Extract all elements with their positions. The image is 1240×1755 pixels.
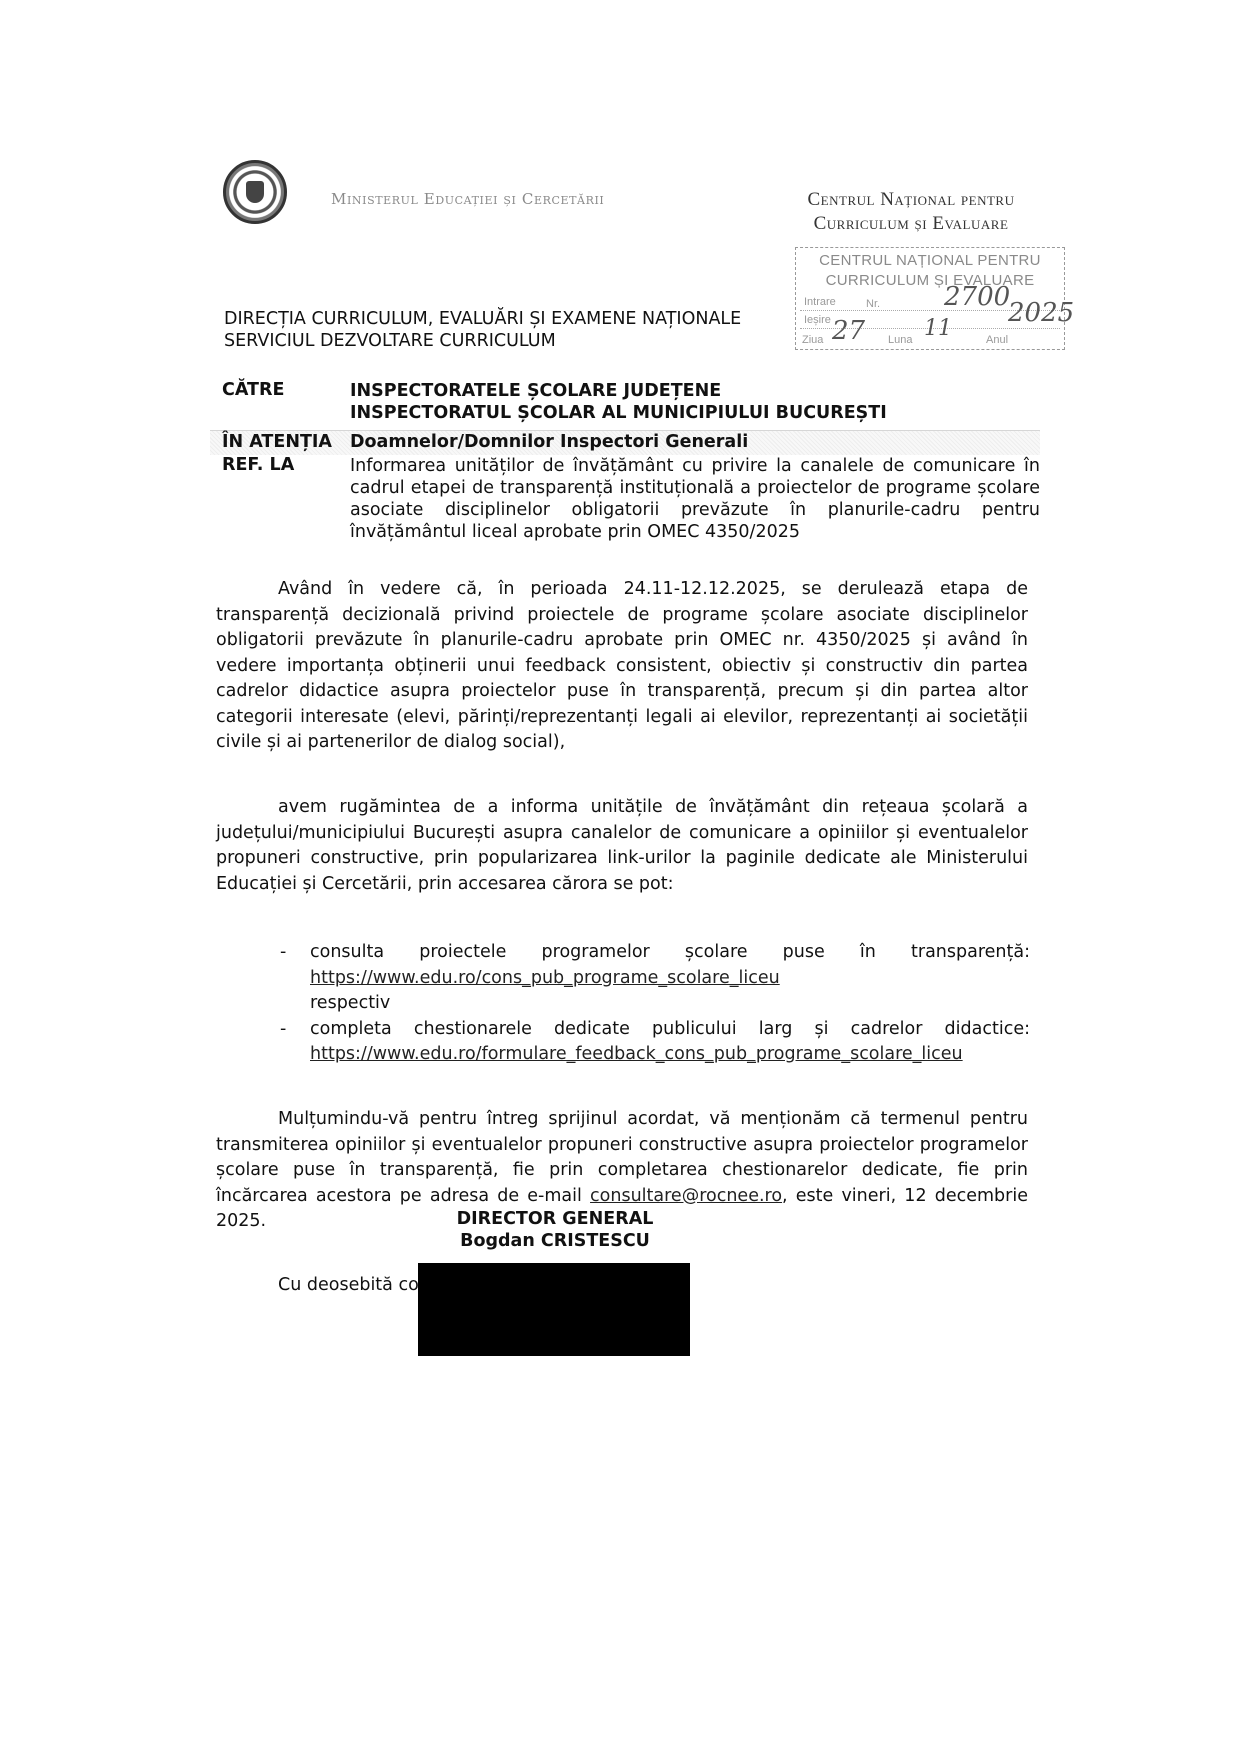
center-name-line1: Centrul Național pentru [766, 188, 1056, 212]
to-line2: INSPECTORATUL ȘCOLAR AL MUNICIPIULUI BUC… [350, 402, 1040, 424]
list-item: - completa chestionarele dedicate public… [280, 1017, 1030, 1043]
reference-label: REF. LA [222, 455, 294, 475]
center-name: Centrul Național pentru Curriculum și Ev… [766, 188, 1056, 236]
coat-of-arms-icon [246, 181, 264, 203]
stamp-month: 11 [924, 316, 952, 341]
attention-value: Doamnelor/Domnilor Inspectori Generali [350, 432, 1040, 452]
stamp-number: 2700 [944, 282, 1010, 312]
redacted-signature [418, 1263, 690, 1356]
stamp-year: 2025 [1008, 298, 1074, 328]
department-header: DIRECȚIA CURRICULUM, EVALUĂRI ȘI EXAMENE… [224, 308, 741, 352]
ministry-name: Ministerul Educației și Cercetării [331, 190, 604, 208]
list-connector: respectiv [280, 991, 1030, 1017]
stamp-label-out: Ieșire [804, 314, 831, 326]
center-name-line2: Curriculum și Evaluare [766, 212, 1056, 236]
list-item: - consulta proiectele programelor școlar… [280, 940, 1030, 966]
stamp-label-month: Luna [888, 334, 912, 346]
signatory-name: Bogdan CRISTESCU [420, 1230, 690, 1252]
to-value: INSPECTORATELE ȘCOLARE JUDEȚENE INSPECTO… [350, 380, 1040, 424]
signatory-title: DIRECTOR GENERAL [420, 1208, 690, 1230]
reference-value: Informarea unităților de învățământ cu p… [350, 455, 1040, 543]
list-item-text: consulta proiectele programelor școlare … [310, 942, 1030, 962]
paragraph-context: Având în vedere că, în perioada 24.11-12… [216, 577, 1028, 756]
stamp-title-line1: CENTRUL NAȚIONAL PENTRU [796, 252, 1064, 269]
stamp-label-day: Ziua [802, 334, 823, 346]
feedback-forms-link[interactable]: https://www.edu.ro/formulare_feedback_co… [310, 1044, 963, 1064]
stamp-label-nr: Nr. [866, 298, 880, 310]
email-link[interactable]: consultare@rocnee.ro [590, 1186, 782, 1206]
paragraph-request: avem rugămintea de a informa unitățile d… [216, 795, 1028, 897]
list-item-text: completa chestionarele dedicate publicul… [310, 1019, 1030, 1039]
stamp-label-in: Intrare [804, 296, 836, 308]
department-line2: SERVICIUL DEZVOLTARE CURRICULUM [224, 330, 741, 352]
stamp-day: 27 [832, 316, 865, 346]
attention-label: ÎN ATENȚIA [222, 432, 332, 452]
registration-stamp: CENTRUL NAȚIONAL PENTRU CURRICULUM ȘI EV… [795, 247, 1065, 350]
signature-block: DIRECTOR GENERAL Bogdan CRISTESCU [420, 1208, 690, 1252]
list-bullet: - [280, 1017, 286, 1043]
addressee-row-to: CĂTRE INSPECTORATELE ȘCOLARE JUDEȚENE IN… [210, 380, 1040, 428]
links-list: - consulta proiectele programelor școlar… [280, 940, 1030, 1068]
addressee-row-reference: REF. LA Informarea unităților de învățăm… [210, 455, 1040, 555]
stamp-label-year: Anul [986, 334, 1008, 346]
addressee-row-attention: ÎN ATENȚIA Doamnelor/Domnilor Inspectori… [210, 430, 1040, 455]
programs-consultation-link[interactable]: https://www.edu.ro/cons_pub_programe_sco… [310, 968, 780, 988]
list-bullet: - [280, 940, 286, 966]
government-logo [223, 160, 287, 224]
to-label: CĂTRE [222, 380, 284, 400]
to-line1: INSPECTORATELE ȘCOLARE JUDEȚENE [350, 380, 1040, 402]
department-line1: DIRECȚIA CURRICULUM, EVALUĂRI ȘI EXAMENE… [224, 308, 741, 330]
stamp-title-line2: CURRICULUM ȘI EVALUARE [796, 272, 1064, 289]
